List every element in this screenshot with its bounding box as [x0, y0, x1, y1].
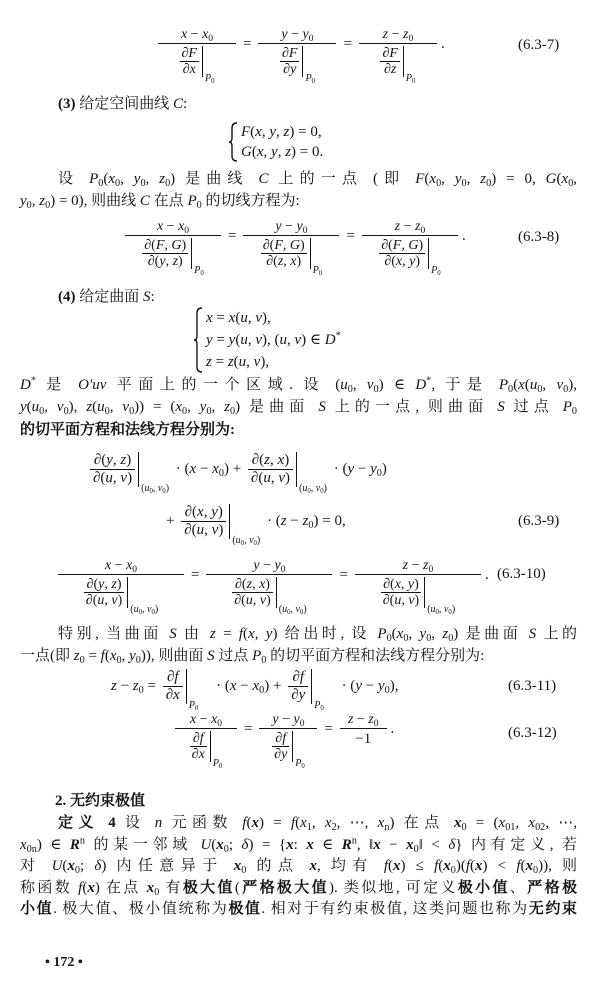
text-run: − — [279, 712, 294, 727]
numerator: x − x0 — [125, 219, 221, 236]
text-run: 0 — [300, 719, 305, 729]
numerator: ∂(y, z) — [90, 452, 135, 470]
text-run: 小值 — [20, 901, 53, 917]
evaluation-point: (u0, v0) — [232, 535, 260, 546]
partial-derivative: ∂f ∂y — [272, 731, 289, 762]
text-run: )) = ( — [134, 399, 175, 415]
evaluation-point: P0 — [406, 73, 416, 84]
text-run: 一点(即 — [20, 648, 74, 664]
equals-sign: = — [228, 228, 236, 244]
text-run: u — [240, 332, 248, 348]
text-run: ) = { — [248, 837, 286, 853]
text-run: ∂( — [234, 593, 246, 608]
text-run: x — [309, 858, 317, 874]
text-run: , — [353, 377, 367, 393]
text-run: ) = 0), 则曲线 — [50, 193, 140, 209]
text-run: ) — [415, 254, 420, 269]
text-run: D — [415, 377, 426, 393]
text-run: ) — [117, 577, 122, 592]
text-run: − — [196, 461, 212, 477]
system-line: F(x, y, z) = 0, — [241, 122, 323, 142]
text-run: 严格极大值 — [240, 880, 329, 896]
equals-sign: = — [324, 721, 332, 737]
text-run: y — [20, 399, 27, 415]
text-run: 0 — [195, 705, 198, 712]
text-run: x — [373, 837, 381, 853]
text-run: ) — [218, 522, 223, 538]
text-run: 是 — [36, 377, 78, 393]
text-run: 0n — [27, 844, 37, 855]
text-run: ) ≤ — [401, 858, 435, 874]
text-run: ) 是曲面 — [453, 626, 528, 642]
text-run: ) — [324, 483, 327, 494]
text-run: − — [282, 219, 297, 234]
period: . — [485, 567, 489, 583]
system-line: y = y(u, v), (u, v) ∈ D* — [206, 329, 341, 351]
text-run: − — [288, 27, 303, 42]
text-run: 定义 4 — [58, 815, 116, 831]
text-run: ; — [229, 837, 242, 853]
denominator: ∂(u, v) — [84, 593, 124, 608]
text-run: y — [206, 332, 213, 348]
text-run: ) = 0. — [291, 144, 323, 160]
denominator: ∂(F, G) ∂(z, x) P0 — [243, 236, 339, 269]
evaluation-point: (u0, v0) — [279, 604, 307, 615]
numerator: ∂(F, G) — [379, 238, 425, 254]
text-run: U — [200, 837, 211, 853]
text-run: 设 — [58, 171, 89, 187]
evaluation-bar — [138, 452, 139, 487]
text-run: − — [196, 712, 211, 727]
evaluated-jacobian: ∂(x, y) ∂(u, v) (u0, v0) — [381, 577, 455, 608]
text-run: ∂( — [235, 577, 247, 592]
text-run: ) — [127, 470, 132, 486]
text-run: = — [85, 648, 101, 664]
equation-6-3-7: x − x0 ∂F ∂x P0 = y − y0 ∂F ∂y P0 — [158, 27, 445, 77]
text-run: , — [44, 399, 57, 415]
text-run: v — [255, 310, 262, 326]
text-run: v — [278, 470, 285, 486]
text-run: x — [206, 310, 213, 326]
text-run: ) 是曲面 — [235, 399, 318, 415]
jacobian: ∂(y, z) ∂(u, v) — [90, 452, 135, 487]
numerator: ∂(F, G) — [142, 238, 188, 254]
denominator: ∂x — [163, 687, 183, 704]
math-text: · (z − z0) = 0, — [260, 513, 348, 530]
text-run: ) — [118, 593, 123, 608]
evaluated-jacobian: ∂(F, G) ∂(z, x) P0 — [261, 238, 322, 269]
text-run: ) — [452, 604, 455, 615]
text-line: y(u0, v0), z(u0, v0)) = (x0, y0, z0) 是曲面… — [20, 397, 577, 417]
text-run: , — [573, 171, 577, 187]
fraction-term: x − x0 ∂F ∂x P0 — [158, 27, 236, 77]
numerator: y − y0 — [243, 219, 339, 236]
equals-sign: = — [343, 36, 351, 52]
text-run: ), — [390, 678, 399, 694]
partial-derivative: ∂F ∂z — [380, 46, 399, 77]
evaluated-jacobian: ∂(F, G) ∂(y, z) P0 — [142, 238, 203, 269]
text-run: ∂( — [87, 577, 99, 592]
denominator: ∂(u, v) — [232, 593, 272, 608]
evaluation-bar — [186, 669, 187, 704]
text-run: ) — [297, 254, 302, 269]
text-run: 过点 — [505, 399, 563, 415]
section-heading: 2. 无约束极值 — [55, 791, 145, 811]
math-text: · (y − y0) — [327, 461, 390, 478]
text-run: , — [120, 171, 134, 187]
text-run: v — [367, 377, 374, 393]
text-run: ) — [284, 452, 289, 468]
text-run: · ( — [338, 678, 356, 694]
evaluation-point: P0 — [295, 758, 305, 769]
jacobian: ∂(y, z) ∂(u, v) — [84, 577, 124, 608]
numerator: ∂F — [280, 46, 299, 62]
text-run: , — [187, 399, 200, 415]
text-run: ) — [182, 238, 187, 253]
numerator: ∂(z, x) — [232, 577, 272, 593]
text-run: 平面上的一个区域. 设 ( — [106, 377, 340, 393]
text-run: x — [67, 858, 75, 874]
text-run: , — [166, 254, 173, 269]
text-run: = ( — [467, 815, 499, 831]
text-run: y — [290, 62, 296, 77]
evaluation-point: P0 — [189, 700, 199, 711]
evaluation-bar — [424, 577, 425, 608]
numerator: y − y0 — [206, 558, 332, 575]
fraction-term: x − x0 ∂(y, z) ∂(u, v) (u0, v0) — [58, 558, 184, 608]
text-run: ) — [414, 577, 419, 592]
text-run: x — [216, 837, 224, 853]
text-run: − — [353, 712, 368, 727]
text-run: ) = 0, — [289, 124, 321, 140]
evaluated-derivative: ∂f ∂x P0 — [163, 669, 199, 704]
text-run: 2. 无约束极值 — [55, 793, 145, 809]
text-run: (4) — [58, 289, 76, 305]
text-run: 特别, 当曲面 — [58, 626, 169, 642]
text-run: f — [282, 731, 286, 746]
numerator: ∂(y, z) — [84, 577, 124, 593]
denominator: ∂y — [280, 62, 299, 77]
text-run: ∂( — [144, 238, 156, 253]
evaluated-derivative: ∂f ∂y P0 — [272, 731, 305, 762]
text-line: 设 P0(x0, y0, z0) 是曲线 C 上的一点 (即 F(x0, y0,… — [58, 169, 577, 189]
equation-6-3-9-line-2: + ∂(x, y) ∂(u, v) (u0, v0) · (z − z0) = … — [163, 499, 349, 543]
text-run: , — [146, 171, 160, 187]
equation-6-3-12: x − x0 ∂f ∂x P0 = y − y0 ∂f ∂y P0 — [175, 712, 394, 762]
text-run: 元函数 — [162, 815, 242, 831]
denominator: ∂(u, v) — [181, 522, 226, 539]
text-line: 特别, 当曲面 S 由 z = f(x, y) 给出时, 设 P0(x0, y0… — [58, 624, 577, 644]
text-run: x — [212, 461, 219, 477]
text-run: y — [370, 461, 377, 477]
text-run: · ( — [212, 678, 230, 694]
text-run: 0 — [200, 270, 203, 277]
text-run: 0 — [420, 226, 425, 236]
math-text: + — [163, 513, 181, 530]
evaluation-bar — [296, 452, 297, 487]
text-run: 极值 — [228, 901, 261, 917]
text-line: 小值. 极大值、极小值统称为极值. 相对于有约束极值, 这类问题也称为无约束 — [20, 899, 577, 919]
text-run: = — [216, 626, 239, 642]
text-run: 0 — [184, 226, 189, 236]
text-run: P — [377, 626, 386, 642]
text-run: 0 — [428, 565, 433, 575]
text-run: x — [475, 858, 483, 874]
text-run: O′uv — [78, 377, 106, 393]
text-run: x — [20, 837, 27, 853]
text-run: )( — [456, 858, 466, 874]
text-run: , — [264, 144, 272, 160]
text-run: x — [197, 504, 204, 520]
text-run: u — [240, 310, 248, 326]
text-run: S — [497, 399, 505, 415]
text-line: 对 U(x0; δ) 内任意异于 x0 的点 x, 均有 f(x) ≤ f(x0… — [20, 856, 577, 876]
denominator: ∂f ∂x P0 — [175, 729, 237, 762]
evaluation-point: (u0, v0) — [130, 604, 158, 615]
denominator: ∂(y, z) — [142, 254, 188, 269]
text-run: 0 — [412, 78, 415, 85]
text-line: 一点(即 z0 = f(x0, y0)), 则曲面 S 过点 P0 的切平面方程… — [20, 646, 484, 666]
evaluated-derivative: ∂F ∂x P0 — [180, 46, 215, 77]
text-run: ) — [418, 238, 423, 253]
text-run: ∂ — [183, 62, 190, 77]
text-run: ) = 0, — [314, 513, 346, 529]
text-run: 过点 — [215, 648, 253, 664]
text-run: , — [467, 171, 481, 187]
text-run: v — [255, 332, 262, 348]
numerator: x − x0 — [175, 712, 237, 729]
text-run: x — [300, 815, 307, 831]
text-run: S — [207, 648, 215, 664]
text-run: ), ( — [262, 332, 280, 348]
text-run: ∂( — [94, 452, 106, 468]
evaluation-bar — [302, 46, 303, 77]
period: . — [391, 721, 395, 737]
text-run: ) — [126, 452, 131, 468]
text-run: F — [389, 46, 398, 61]
text-run: 由 — [177, 626, 210, 642]
text-run: ) 给出时, 设 — [272, 626, 377, 642]
denominator: ∂(u, v) — [248, 470, 293, 487]
text-run: 给定曲面 — [76, 289, 144, 305]
text-run: , — [431, 626, 442, 642]
text-run: , — [246, 354, 254, 370]
text-run: · ( — [330, 461, 348, 477]
jacobian: ∂(F, G) ∂(z, x) — [261, 238, 307, 269]
system-line: G(x, y, z) = 0. — [241, 142, 323, 162]
text-run: · ( — [263, 513, 281, 529]
denominator: ∂(z, x) ∂(u, v) (u0, v0) — [206, 575, 332, 608]
denominator: −1 — [340, 729, 387, 747]
evaluated-derivative: ∂f ∂x P0 — [190, 731, 223, 762]
text-run: ∂( — [384, 254, 396, 269]
text-run: x — [286, 837, 294, 853]
text-run: , — [312, 815, 325, 831]
text-run: R — [70, 837, 80, 853]
text-run: ‖ < — [419, 837, 449, 853]
jacobian: ∂(z, x) ∂(u, v) — [248, 452, 293, 487]
numerator: y − y0 — [259, 712, 317, 729]
text-run: 的切平面方程和法线方程分别为: — [20, 422, 235, 438]
system-lines: F(x, y, z) = 0, G(x, y, z) = 0. — [241, 122, 323, 162]
text-run: − — [362, 678, 378, 694]
text-run: 严格极 — [527, 880, 577, 896]
text-run: G — [408, 238, 418, 253]
text-run: y — [355, 678, 362, 694]
text-run: D — [20, 377, 31, 393]
text-run: S — [318, 399, 326, 415]
text-line: 定义 4 设 n 元函数 f(x) = f(x1, x2, ⋯, xn) 在点 … — [58, 813, 577, 833]
jacobian: ∂(F, G) ∂(y, z) — [142, 238, 188, 269]
fraction-term: x − x0 ∂(F, G) ∂(y, z) P0 — [125, 219, 221, 269]
text-run: = — [212, 354, 228, 370]
text-run: , — [253, 593, 260, 608]
text-run: S — [169, 626, 177, 642]
jacobian: ∂(x, y) ∂(u, v) — [181, 504, 226, 539]
equation-6-3-9-line-1: ∂(y, z) ∂(u, v) (u0, v0) · (x − x0) + ∂(… — [90, 447, 390, 491]
text-run: (3) — [58, 96, 76, 112]
text-run: , — [212, 399, 225, 415]
text-run: x — [230, 678, 237, 694]
text-run: 的切平面方程和法线方程分别为: — [266, 648, 484, 664]
text-run: x — [443, 858, 451, 874]
text-run: ∂ — [193, 731, 200, 746]
math-text: · (y − y0), — [324, 678, 402, 695]
text-run: ; — [80, 858, 94, 874]
text-run: ) — [285, 470, 290, 486]
text-run: ) — [382, 461, 387, 477]
text-run: P — [252, 648, 261, 664]
numerator: ∂f — [190, 731, 207, 747]
text-run: y — [106, 452, 113, 468]
text-run: , ‖ — [357, 837, 373, 853]
partial-derivative: ∂F ∂y — [280, 46, 299, 77]
evaluated-jacobian: ∂(z, x) ∂(u, v) (u0, v0) — [248, 452, 327, 487]
text-run: ) — [300, 238, 305, 253]
fraction-term: y − y0 ∂(F, G) ∂(z, x) P0 — [243, 219, 339, 269]
text-run: x — [255, 124, 262, 140]
text-run: , — [401, 577, 408, 592]
numerator: ∂f — [288, 669, 308, 687]
equation-number: (6.3-12) — [508, 723, 557, 743]
text-run: ) + — [264, 678, 285, 694]
text-run: , ⋯, — [545, 815, 577, 831]
page-number: • 172 • — [45, 953, 83, 973]
numerator: ∂F — [380, 46, 399, 62]
jacobian: ∂(F, G) ∂(x, y) — [379, 238, 425, 269]
fraction-term: y − y0 ∂(z, x) ∂(u, v) (u0, v0) — [206, 558, 332, 608]
text-run: x — [406, 837, 414, 853]
text-run: : — [151, 289, 155, 305]
text-run: y — [299, 687, 306, 703]
math-text: z − z0 = — [108, 678, 163, 695]
denominator: ∂(F, G) ∂(x, y) P0 — [362, 236, 458, 269]
text-run: ∂ — [292, 669, 299, 685]
text-run: G — [546, 171, 557, 187]
denominator: ∂(z, x) — [261, 254, 307, 269]
text-run: S — [529, 626, 537, 642]
evaluation-bar — [428, 238, 429, 269]
text-run: ) = — [259, 815, 291, 831]
text-run: ∂( — [263, 238, 275, 253]
text-run: 0 — [132, 565, 137, 575]
text-run: 0 — [301, 763, 304, 770]
evaluation-point: P0 — [314, 700, 324, 711]
text-run: y — [129, 648, 136, 664]
evaluation-bar — [276, 577, 277, 608]
left-brace-icon — [228, 122, 238, 162]
text-run: x — [87, 880, 95, 896]
text-run: u — [279, 332, 287, 348]
text-line: D* 是 O′uv 平面上的一个区域. 设 (u0, v0) ∈ D*, 于是 … — [20, 375, 577, 395]
evaluated-derivative: ∂f ∂y P0 — [288, 669, 324, 704]
text-run: 01 — [505, 822, 515, 833]
text-run: S — [143, 289, 151, 305]
system-lines: x = x(u, v), y = y(u, v), (u, v) ∈ D* z … — [206, 307, 341, 373]
text-line: 称函数 f(x) 在点 x0 有极大值(严格极大值). 类似地, 可定义极小值、… — [20, 878, 577, 898]
text-run: ) ∈ — [379, 377, 416, 393]
text-run: C — [258, 171, 268, 187]
equation-number: (6.3-9) — [518, 511, 559, 531]
text-run: −1 — [355, 731, 371, 747]
text-run: ) — [218, 504, 223, 520]
text-run: R — [342, 837, 352, 853]
text-run: ), — [260, 354, 269, 370]
evaluated-jacobian: ∂(F, G) ∂(x, y) P0 — [379, 238, 440, 269]
jacobian: ∂(x, y) ∂(u, v) — [381, 577, 421, 608]
text-run: ) = 0, — [491, 171, 545, 187]
text-run: 的切线方程为: — [202, 193, 300, 209]
text-run: F — [241, 124, 250, 140]
text-run: ) 是曲线 — [170, 171, 258, 187]
text-run: f — [200, 731, 204, 746]
evaluated-jacobian: ∂(y, z) ∂(u, v) (u0, v0) — [84, 577, 158, 608]
text-run: − — [187, 27, 202, 42]
text-run: y — [269, 124, 276, 140]
text-run: 0 — [217, 719, 222, 729]
text-run: D — [325, 332, 336, 348]
text-run: . 相对于有约束极值, 这类问题也称为 — [262, 901, 529, 917]
text-run: G — [290, 238, 300, 253]
denominator: ∂(u, v) — [381, 593, 421, 608]
text-run: x — [306, 837, 314, 853]
text-run: x — [325, 815, 332, 831]
text-run: ∂( — [148, 254, 160, 269]
text-run: − — [400, 219, 415, 234]
text-run: ) < — [483, 858, 517, 874]
text-run: y — [378, 678, 385, 694]
item-4-heading: (4) 给定曲面 S: — [58, 287, 155, 307]
text-run: ) ∈ — [37, 837, 70, 853]
numerator: x − x0 — [158, 27, 236, 44]
text-run: , — [255, 626, 266, 642]
fraction-term: z − z0 ∂F ∂z P0 — [359, 27, 437, 77]
text-run: 的某一邻域 — [85, 837, 200, 853]
text-run: − — [237, 678, 253, 694]
text-run: 无约束 — [529, 901, 577, 917]
period: . — [462, 228, 466, 244]
text-run: 0 — [320, 705, 323, 712]
text-run: ∂ — [291, 687, 298, 703]
evaluation-bar — [292, 731, 293, 762]
text-run: 0 — [303, 226, 308, 236]
denominator: ∂f ∂y P0 — [259, 729, 317, 762]
text-run: ∂ — [282, 46, 289, 61]
denominator: ∂(y, z) ∂(u, v) (u0, v0) — [58, 575, 184, 608]
text-run: P — [187, 193, 196, 209]
denominator: ∂x — [190, 747, 207, 762]
text-run: f — [174, 669, 178, 685]
